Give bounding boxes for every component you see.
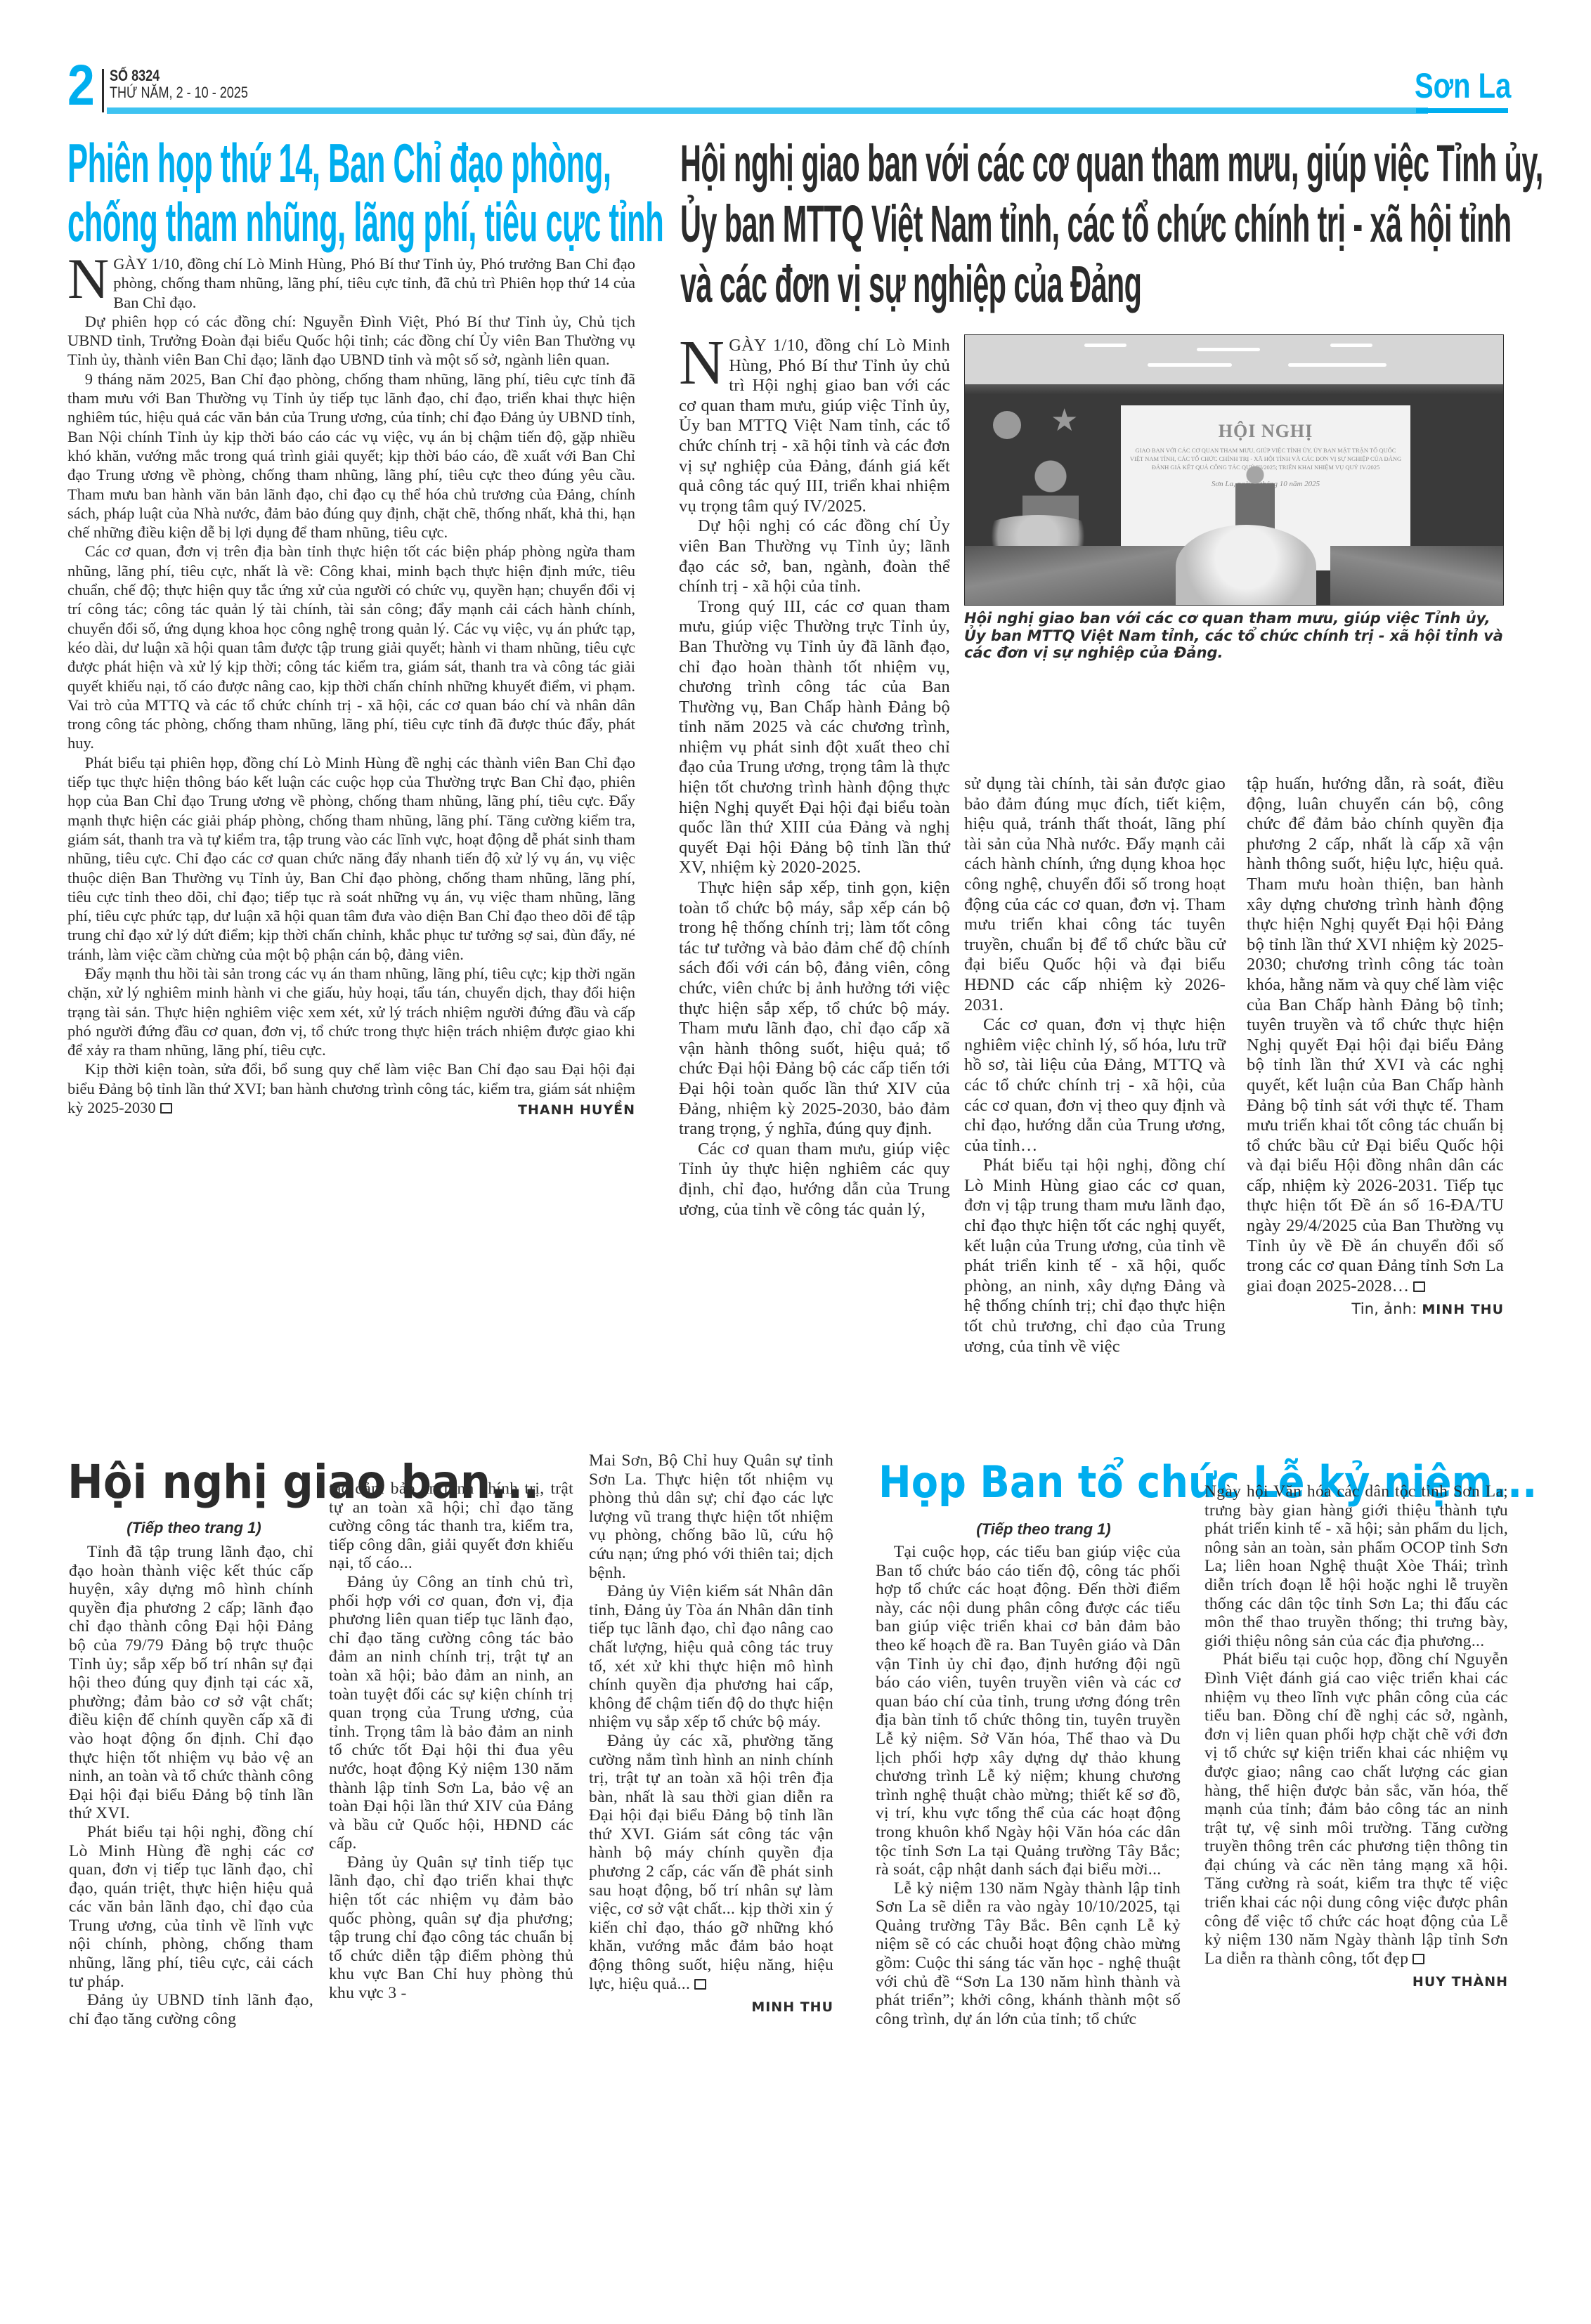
paragraph: Phát biểu tại phiên họp, đồng chí Lò Min… bbox=[67, 753, 635, 964]
paragraph: Trong quý III, các cơ quan tham mưu, giú… bbox=[679, 597, 950, 878]
paragraph: Tại cuộc họp, các tiểu ban giúp việc của… bbox=[876, 1543, 1181, 1879]
brand-underline bbox=[1416, 108, 1508, 113]
end-mark-icon bbox=[694, 1979, 706, 1990]
conference-photo[interactable]: ★ HỘI NGHỊ GIAO BAN VỚI CÁC CƠ QUAN THAM… bbox=[964, 334, 1504, 606]
party-emblem-icon bbox=[993, 411, 1021, 439]
photo-ceiling bbox=[965, 335, 1503, 384]
paragraph: Đảng ủy UBND tỉnh lãnh đạo, chỉ đạo tăng… bbox=[69, 1991, 313, 2028]
paragraph: tập huấn, hướng dẫn, rà soát, điều động,… bbox=[1247, 774, 1504, 1296]
end-mark-icon bbox=[160, 1103, 172, 1114]
article2-headline[interactable]: Hội nghị giao ban với các cơ quan tham m… bbox=[680, 133, 1543, 315]
paragraph: Dự hội nghị có các đồng chí Ủy viên Ban … bbox=[679, 516, 950, 596]
meeting-table-right bbox=[1330, 546, 1503, 606]
paragraph: Dự phiên họp có các đồng chí: Nguyễn Đìn… bbox=[67, 312, 635, 370]
paragraph: Đảng ủy Công an tỉnh chủ trì, phối hợp v… bbox=[329, 1573, 573, 1853]
paragraph: tác đảm bảo an ninh chính trị, trật tự a… bbox=[329, 1480, 573, 1573]
article4-col2: Ngày hội Văn hóa các dân tộc tỉnh Sơn La… bbox=[1204, 1482, 1508, 1992]
paragraph: Các cơ quan, đơn vị thực hiện nghiêm việ… bbox=[964, 1015, 1226, 1156]
article4-col1: Tại cuộc họp, các tiểu ban giúp việc của… bbox=[876, 1543, 1181, 2028]
paragraph: Đảng ủy Quân sự tỉnh tiếp tục lãnh đạo, … bbox=[329, 1853, 573, 2003]
dropcap: N bbox=[67, 257, 109, 301]
paragraph: Phát biểu tại hội nghị, đồng chí Lò Minh… bbox=[69, 1823, 313, 1991]
article2-byline: MINH THU bbox=[1422, 1302, 1504, 1317]
article3-col2: tác đảm bảo an ninh chính trị, trật tự a… bbox=[329, 1480, 573, 2003]
page-number: 2 bbox=[67, 60, 95, 111]
article4-continued-label: (Tiếp theo trang 1) bbox=[878, 1520, 1209, 1539]
header-rule bbox=[107, 107, 1428, 114]
article2-col2: sử dụng tài chính, tài sản được giao bảo… bbox=[964, 774, 1226, 1357]
article1-lead: NGÀY 1/10, đồng chí Lò Minh Hùng, Phó Bí… bbox=[67, 254, 635, 312]
paragraph: sử dụng tài chính, tài sản được giao bảo… bbox=[964, 774, 1226, 1015]
paragraph: Đảng ủy các xã, phường tăng cường nắm tì… bbox=[589, 1732, 833, 1993]
paragraph: Phát biểu tại hội nghị, đồng chí Lò Minh… bbox=[964, 1156, 1226, 1357]
issue-number: SỐ 8324 bbox=[110, 67, 160, 84]
article3-col1: Tỉnh đã tập trung lãnh đạo, chỉ đạo hoàn… bbox=[69, 1543, 313, 2028]
article1-body: NGÀY 1/10, đồng chí Lò Minh Hùng, Phó Bí… bbox=[67, 254, 635, 1120]
paragraph: Đảng ủy Viện kiểm sát Nhân dân tỉnh, Đản… bbox=[589, 1582, 833, 1732]
end-mark-icon bbox=[1413, 1281, 1425, 1292]
paragraph: 9 tháng năm 2025, Ban Chỉ đạo phòng, chố… bbox=[67, 370, 635, 542]
article4-byline: HUY THÀNH bbox=[1413, 1974, 1508, 1990]
paragraph: Thực hiện sắp xếp, tinh gọn, kiện toàn t… bbox=[679, 878, 950, 1140]
article1-headline[interactable]: Phiên họp thứ 14, Ban Chỉ đạo phòng, chố… bbox=[67, 133, 663, 252]
article2-col1: NGÀY 1/10, đồng chí Lò Minh Hùng, Phó Bí… bbox=[679, 336, 950, 1220]
issue-date: THỨ NĂM, 2 - 10 - 2025 bbox=[110, 84, 248, 101]
dropcap: N bbox=[679, 339, 725, 388]
article2-credit: Tin, ảnh: MINH THU bbox=[1247, 1299, 1504, 1320]
star-icon: ★ bbox=[1051, 405, 1078, 436]
orchid-centerpiece bbox=[1176, 525, 1316, 606]
article2-col3: tập huấn, hướng dẫn, rà soát, điều động,… bbox=[1247, 774, 1504, 1320]
paragraph: Kịp thời kiện toàn, sửa đổi, bổ sung quy… bbox=[67, 1059, 635, 1117]
meeting-table-left bbox=[965, 546, 1197, 606]
article3-col3: Mai Sơn, Bộ Chỉ huy Quân sự tỉnh Sơn La.… bbox=[589, 1451, 833, 2017]
paragraph: Phát biểu tại cuộc họp, đồng chí Nguyễn … bbox=[1204, 1650, 1508, 1968]
article3-byline: MINH THU bbox=[751, 1999, 833, 2015]
paragraph: Các cơ quan, đơn vị trên địa bàn tỉnh th… bbox=[67, 542, 635, 752]
article2-lead: NGÀY 1/10, đồng chí Lò Minh Hùng, Phó Bí… bbox=[679, 336, 950, 516]
paragraph: Ngày hội Văn hóa các dân tộc tỉnh Sơn La… bbox=[1204, 1482, 1508, 1650]
paragraph: Mai Sơn, Bộ Chỉ huy Quân sự tỉnh Sơn La.… bbox=[589, 1451, 833, 1582]
paragraph: Các cơ quan tham mưu, giúp việc Tỉnh ủy … bbox=[679, 1140, 950, 1220]
paragraph: Đẩy mạnh thu hồi tài sản trong các vụ án… bbox=[67, 964, 635, 1059]
photo-caption: Hội nghị giao ban với các cơ quan tham m… bbox=[964, 610, 1505, 662]
paragraph: Tỉnh đã tập trung lãnh đạo, chỉ đạo hoàn… bbox=[69, 1543, 313, 1823]
header-divider bbox=[102, 69, 104, 112]
article3-continued-label: (Tiếp theo trang 1) bbox=[67, 1519, 320, 1537]
article1-byline: THANH HUYỀN bbox=[500, 1101, 635, 1120]
end-mark-icon bbox=[1413, 1954, 1424, 1964]
paragraph: Lễ kỷ niệm 130 năm Ngày thành lập tỉnh S… bbox=[876, 1879, 1181, 2029]
newspaper-brand: Sơn La bbox=[1415, 66, 1511, 105]
issue-info: SỐ 8324 THỨ NĂM, 2 - 10 - 2025 bbox=[110, 67, 248, 101]
